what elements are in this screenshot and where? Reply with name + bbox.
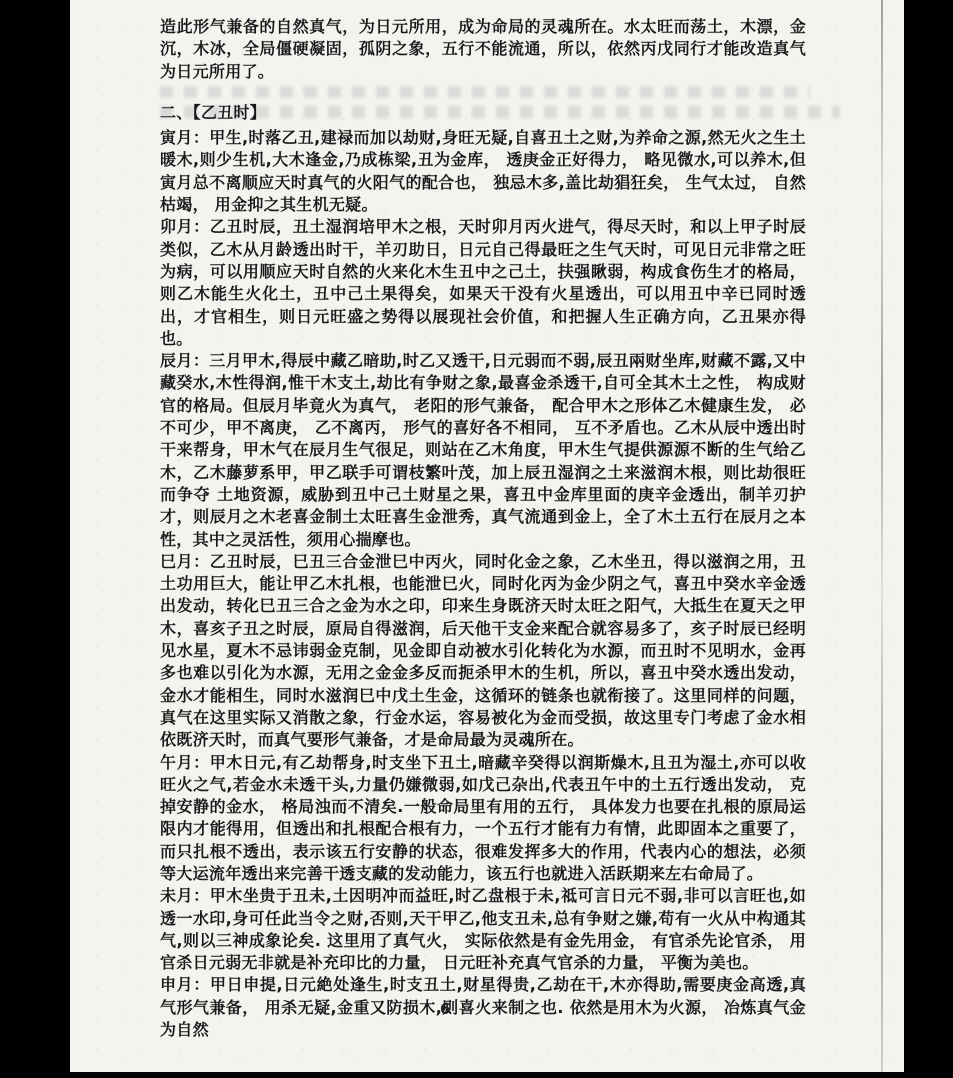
section-heading: 二、【乙丑时】 [160,102,806,124]
entry-body: 乙丑时辰，巳丑三合金泄巳中丙火，同时化金之象，乙木坐丑，得以滋润之用，丑土功用巨… [160,552,806,749]
entry-wu-month: 午月：甲木日元,有乙劫帮身,时支坐下丑土,暗藏辛癸得以润斯燥木,且丑为湿土,亦可… [160,752,806,886]
entry-label: 午月： [160,753,210,772]
entry-shen-month: 申月：甲日申提,日元絶处逢生,时支丑土,财星得贵,乙劫在干,木亦得助,需要庚金高… [160,974,806,1041]
page-number: 6 [440,1000,450,1018]
entry-mao-month: 卯月：乙丑时辰，丑土湿润培甲木之根，天时卯月丙火进气，得尽天时，和以上甲子时辰类… [160,216,806,350]
entry-label: 辰月： [160,351,209,370]
entry-body: 甲木坐贵于丑未,土因明冲而益旺,时乙盘根于未,祗可言日元不弱,非可以言旺也,如透… [160,886,806,972]
entry-body: 甲木日元,有乙劫帮身,时支坐下丑土,暗藏辛癸得以润斯燥木,且丑为湿土,亦可以收旺… [160,753,806,883]
entry-label: 寅月： [160,128,209,147]
entry-yin-month: 寅月：甲生,时落乙丑,建禄而加以劫财,身旺无疑,自喜丑土之财,为养命之源,然无火… [160,127,806,216]
scanned-book-page: 造此形气兼备的自然真气，为日元所用，成为命局的灵魂所在。水太旺而荡土，木漂，金沉… [0,0,953,1078]
entry-label: 卯月： [160,217,210,236]
entry-body: 三月甲木,得辰中藏乙暗助,时乙又透干,日元弱而不弱,辰丑兩财坐库,财藏不露,又中… [160,351,806,548]
entry-body: 乙丑时辰，丑土湿润培甲木之根，天时卯月丙火进气，得尽天时，和以上甲子时辰类似，乙… [160,217,806,347]
entry-wei-month: 未月：甲木坐贵于丑未,土因明冲而益旺,时乙盘根于未,祗可言日元不弱,非可以言旺也… [160,885,806,974]
entry-chen-month: 辰月：三月甲木,得辰中藏乙暗助,时乙又透干,日元弱而不弱,辰丑兩财坐库,财藏不露… [160,350,806,551]
entry-body: 甲日申提,日元絶处逢生,时支丑土,财星得贵,乙劫在干,木亦得助,需要庚金高透,真… [160,975,806,1039]
entry-label: 巳月： [160,552,210,571]
entry-body: 甲生,时落乙丑,建禄而加以劫财,身旺无疑,自喜丑土之财,为养命之源,然无火之生土… [160,128,806,214]
page-content: 造此形气兼备的自然真气，为日元所用，成为命局的灵魂所在。水太旺而荡土，木漂，金沉… [160,16,806,1041]
intro-paragraph: 造此形气兼备的自然真气，为日元所用，成为命局的灵魂所在。水太旺而荡土，木漂，金沉… [160,16,806,83]
scan-crease-line [881,0,883,1072]
entry-label: 申月： [160,975,210,994]
entry-label: 未月： [160,886,210,905]
entry-si-month: 巳月：乙丑时辰，巳丑三合金泄巳中丙火，同时化金之象，乙木坐丑，得以滋润之用，丑土… [160,551,806,752]
